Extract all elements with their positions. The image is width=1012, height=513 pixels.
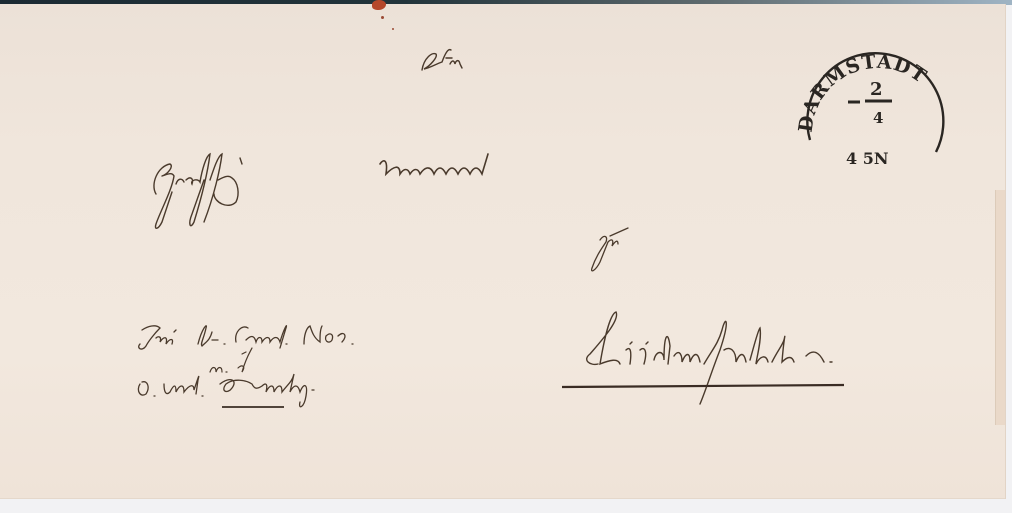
postmark-stamp: DARMSTADT 2 4 4 5N (790, 40, 960, 180)
svg-text:DARMSTADT: DARMSTADT (795, 51, 931, 134)
wax-speck (392, 28, 394, 30)
handwriting-destination: Lindenfels (560, 310, 860, 424)
handwriting-preposition: zu (588, 226, 648, 280)
handwriting-franking-note: Frei lt. Aversum No 5. m. d. O. Rad. Lim… (134, 318, 414, 422)
postmark-month: 4 (873, 109, 883, 127)
postmark-day: 2 (870, 79, 883, 100)
wax-speck (381, 16, 384, 19)
postmark-town: DARMSTADT (795, 51, 931, 134)
postmark-time: 4 5N (846, 149, 888, 168)
handwriting-salutation: An (418, 44, 478, 78)
envelope-flap-edge (995, 190, 1005, 425)
